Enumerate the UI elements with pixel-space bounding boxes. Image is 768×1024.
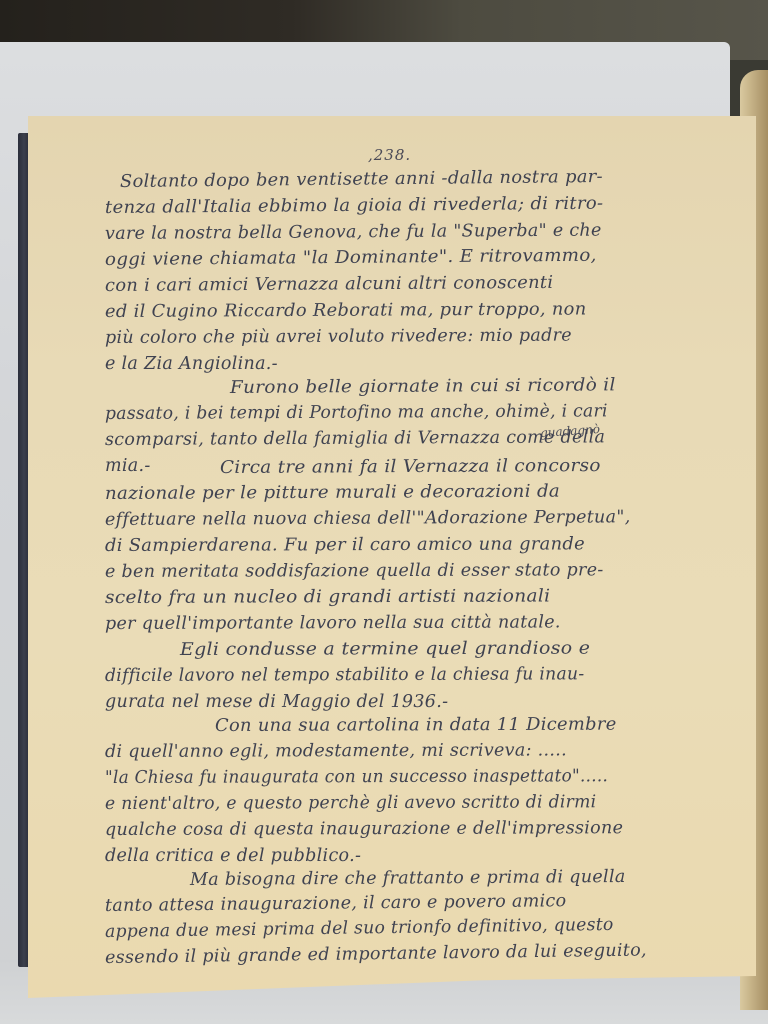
text-line: scelto fra un nucleo di grandi artisti n… — [105, 586, 550, 608]
text-line: scomparsi, tanto della famiglia di Verna… — [105, 427, 605, 450]
text-line: Furono belle giornate in cui si ricordò … — [230, 375, 616, 398]
text-line: di Sampierdarena. Fu per il caro amico u… — [105, 534, 585, 556]
page-number: ,238. — [368, 146, 411, 164]
text-line: nazionale per le pitture murali e decora… — [105, 482, 560, 504]
text-line: Con una sua cartolina in data 11 Dicembr… — [215, 715, 617, 736]
text-line: qualche cosa di questa inaugurazione e d… — [105, 818, 623, 840]
text-line: Ma bisogna dire che frattanto e prima di… — [190, 867, 626, 890]
text-line: della critica e del pubblico.- — [105, 846, 361, 866]
text-line: gurata nel mese di Maggio del 1936.- — [105, 692, 448, 712]
text-line: di quell'anno egli, modestamente, mi scr… — [105, 740, 567, 762]
text-line: oggi viene chiamata "la Dominante". E ri… — [105, 246, 597, 270]
text-line: e nient'altro, e questo perchè gli avevo… — [105, 792, 597, 814]
text-line: Egli condusse a termine quel grandioso e — [180, 639, 590, 660]
text-line: passato, i bei tempi di Portofino ma anc… — [105, 401, 608, 424]
text-line: e la Zia Angiolina.- — [105, 354, 278, 374]
text-line: più coloro che più avrei voluto rivedere… — [105, 326, 572, 348]
text-line: "la Chiesa fu inaugurata con un successo… — [105, 766, 608, 788]
text-line: ed il Cugino Riccardo Reborati ma, pur t… — [105, 299, 587, 322]
text-line: e ben meritata soddisfazione quella di e… — [105, 560, 604, 582]
text-line: effettuare nella nuova chiesa dell'"Ador… — [105, 507, 631, 530]
text-line: con i cari amici Vernazza alcuni altri c… — [105, 273, 553, 296]
text-line: difficile lavoro nel tempo stabilito e l… — [105, 664, 585, 686]
text-line: per quell'importante lavoro nella sua ci… — [105, 612, 561, 634]
text-line: vare la nostra bella Genova, che fu la "… — [105, 221, 602, 244]
text-line: Circa tre anni fa il Vernazza il concors… — [220, 456, 601, 478]
text-line: mia.- — [105, 456, 151, 476]
